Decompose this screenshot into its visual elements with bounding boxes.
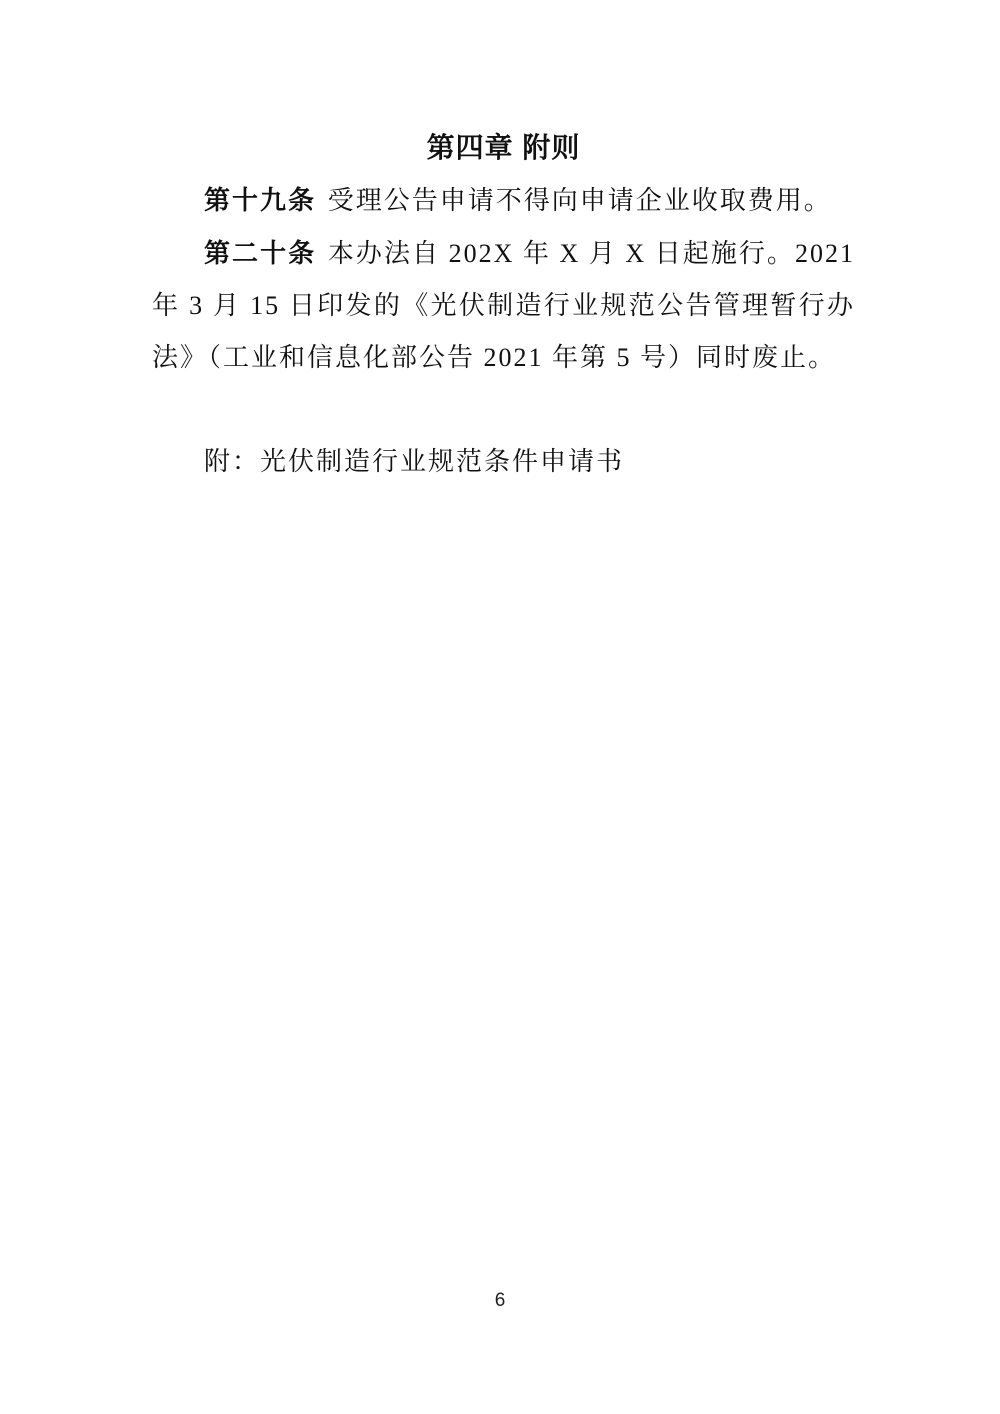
- document-body: 第四章 附则 第十九条受理公告申请不得向申请企业收取费用。 第二十条本办法自 2…: [152, 122, 855, 488]
- article-19-text: 受理公告申请不得向申请企业收取费用。: [328, 186, 832, 215]
- page-number: 6: [0, 1288, 1000, 1314]
- article-19-label: 第十九条: [204, 185, 316, 215]
- attachment-note: 附：光伏制造行业规范条件申请书: [152, 436, 855, 488]
- chapter-heading: 第四章 附则: [152, 122, 855, 174]
- article-paragraph: 第二十条本办法自 202X 年 X 月 X 日起施行。2021 年 3 月 15…: [152, 227, 855, 384]
- article-paragraph: 第十九条受理公告申请不得向申请企业收取费用。: [152, 174, 855, 227]
- document-page: 第四章 附则 第十九条受理公告申请不得向申请企业收取费用。 第二十条本办法自 2…: [0, 0, 1000, 1414]
- article-20-label: 第二十条: [204, 238, 316, 268]
